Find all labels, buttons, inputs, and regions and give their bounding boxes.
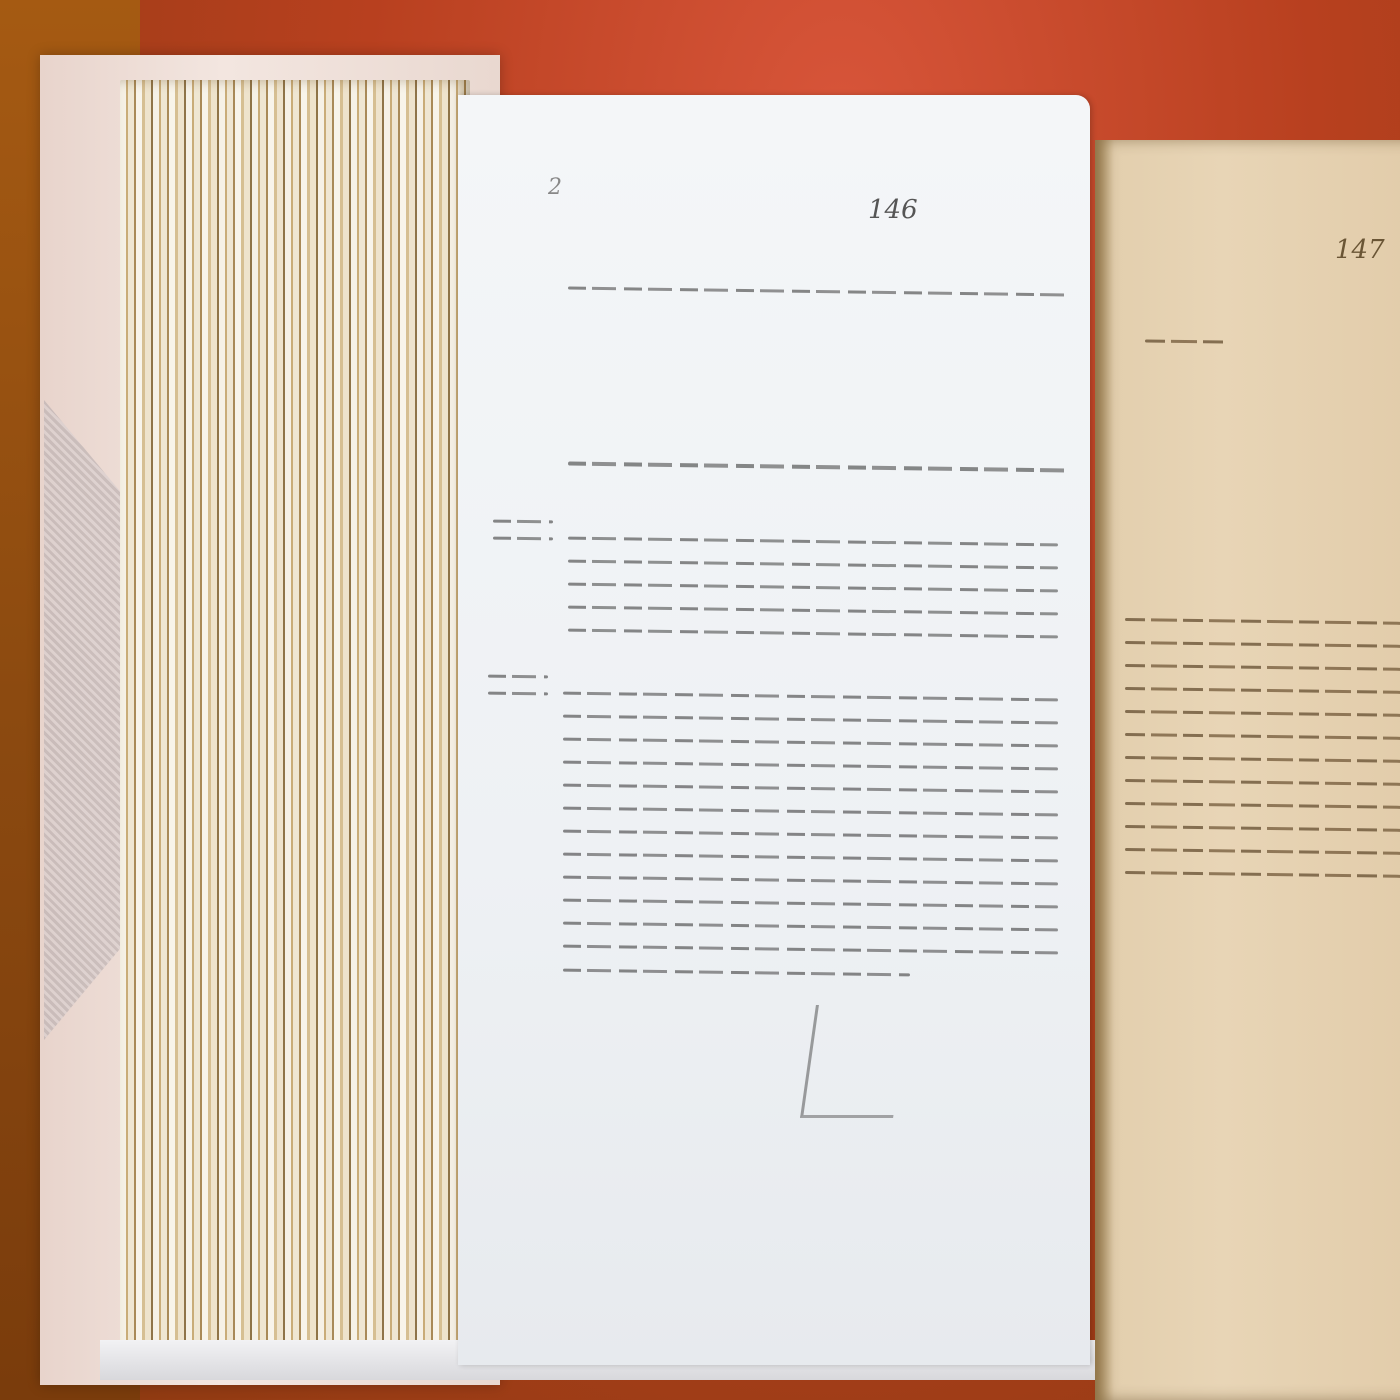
heading-line bbox=[568, 290, 1068, 313]
page-stack-fore-edge bbox=[120, 80, 470, 1370]
margin-note-2 bbox=[488, 675, 548, 709]
page-number-left: 146 bbox=[868, 195, 918, 225]
photo-scene: 2 146 147 bbox=[0, 0, 1400, 1400]
corner-mark: 2 bbox=[548, 175, 562, 200]
margin-note-1 bbox=[493, 520, 553, 554]
right-manuscript-page: 147 bbox=[1095, 140, 1400, 1400]
right-heading-line bbox=[1145, 340, 1225, 363]
signature-mark bbox=[800, 1005, 909, 1118]
left-manuscript-page: 2 146 bbox=[458, 95, 1090, 1365]
cover-textile-pattern bbox=[44, 400, 124, 1040]
entry-1-text bbox=[568, 540, 1058, 655]
entry-title bbox=[568, 465, 1068, 489]
entry-2-text bbox=[563, 695, 1058, 994]
page-number-right: 147 bbox=[1335, 235, 1385, 265]
right-entry-text bbox=[1125, 620, 1400, 896]
